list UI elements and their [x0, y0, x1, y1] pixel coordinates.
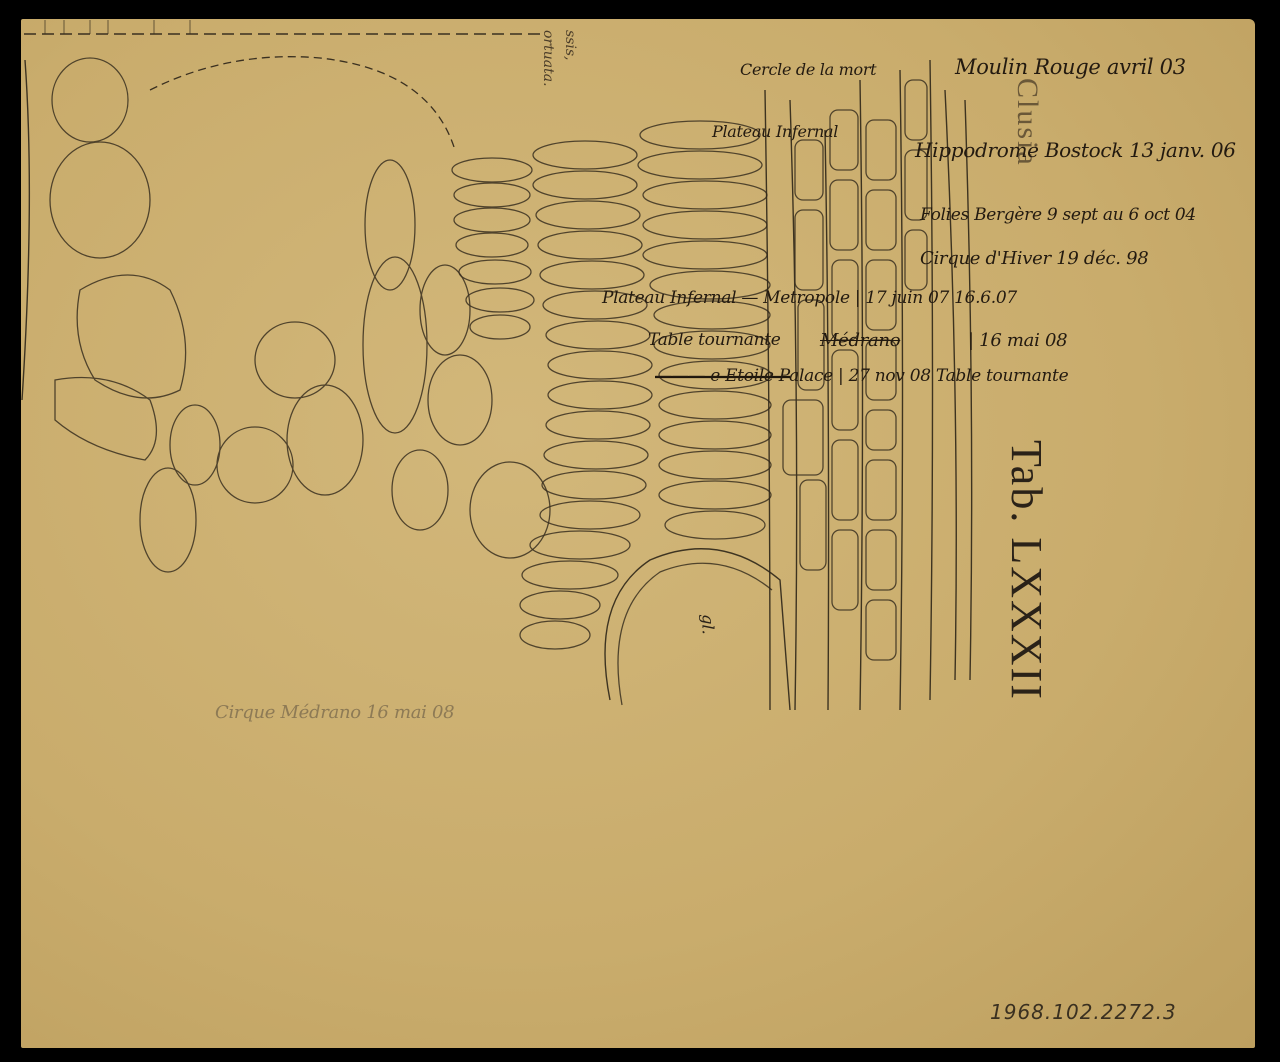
annotation-table-tournante: Table tournante [648, 330, 781, 350]
annotation-cirque-hiver: Cirque d'Hiver 19 déc. 98 [920, 248, 1148, 269]
annotation-folies-bergere: Folies Bergère 9 sept au 6 oct 04 [920, 205, 1196, 225]
annotation-cirque-medrano-pencil: Cirque Médrano 16 mai 08 [215, 702, 454, 723]
annotation-cercle: Cercle de la mort [740, 60, 876, 79]
annotation-plateau-1: Plateau Infernal [712, 122, 838, 141]
annotation-etoile-palace: ——— e Etoile Palace | 27 nov 08 Table to… [655, 366, 1068, 386]
accession-number: 1968.102.2272.3 [990, 1000, 1177, 1024]
annotation-moulin-rouge: Moulin Rouge avril 03 [955, 55, 1186, 79]
side-text-2: ortuata. [540, 30, 556, 87]
side-text-1: ssis, [562, 30, 578, 60]
cell-label: gl. [699, 614, 718, 634]
annotation-hippodrome: Hippodrome Bostock 13 janv. 06 [915, 138, 1236, 162]
annotation-medrano-struck: Médrano [820, 330, 900, 351]
annotation-16-mai: | 16 mai 08 [968, 330, 1067, 351]
plate-label: Tab. LXXXII [1001, 440, 1052, 701]
annotation-plateau-metropole: Plateau Infernal — Metropole | 17 juin 0… [602, 288, 1017, 308]
